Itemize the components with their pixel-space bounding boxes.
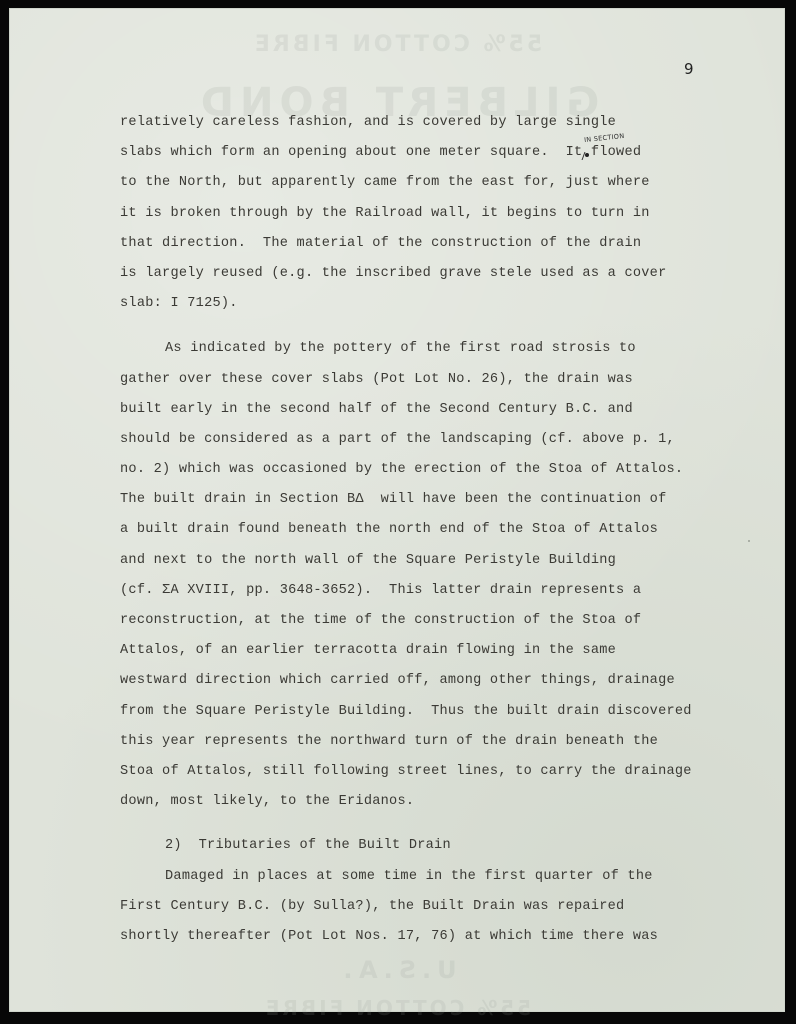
paragraph-1: relatively careless fashion, and is cove…	[120, 108, 760, 319]
paragraph-3: Damaged in places at some time in the fi…	[120, 862, 760, 953]
body-text: relatively careless fashion, and is cove…	[120, 108, 760, 952]
text-line: slabs which form an opening about one me…	[120, 138, 760, 168]
text-line: to the North, but apparently came from t…	[120, 168, 760, 198]
paragraph-2: As indicated by the pottery of the first…	[120, 334, 760, 817]
section-heading: 2) Tributaries of the Built Drain	[120, 831, 760, 861]
watermark-fibre-bottom: 55% COTTON FIBRE	[9, 996, 785, 1020]
text-line: Damaged in places at some time in the fi…	[120, 862, 760, 892]
text-line: no. 2) which was occasioned by the erect…	[120, 455, 760, 485]
text-line: that direction. The material of the cons…	[120, 229, 760, 259]
text-line: this year represents the northward turn …	[120, 727, 760, 757]
text-line: First Century B.C. (by Sulla?), the Buil…	[120, 892, 760, 922]
text-line: and next to the north wall of the Square…	[120, 546, 760, 576]
text-line: Stoa of Attalos, still following street …	[120, 757, 760, 787]
text-line: Attalos, of an earlier terracotta drain …	[120, 636, 760, 666]
text-line: is largely reused (e.g. the inscribed gr…	[120, 259, 760, 289]
text-line: reconstruction, at the time of the const…	[120, 606, 760, 636]
text-line: should be considered as a part of the la…	[120, 425, 760, 455]
watermark-country: U.S.A.	[9, 956, 785, 984]
text-line: westward direction which carried off, am…	[120, 666, 760, 696]
text-line: (cf. ΣA XVIII, pp. 3648-3652). This latt…	[120, 576, 760, 606]
watermark-fibre: 55% COTTON FIBRE	[9, 32, 785, 57]
page-number: 9	[684, 60, 694, 78]
text-line: from the Square Peristyle Building. Thus…	[120, 697, 760, 727]
text-line: gather over these cover slabs (Pot Lot N…	[120, 365, 760, 395]
text-line: slab: I 7125).	[120, 289, 760, 319]
text-line: down, most likely, to the Eridanos.	[120, 787, 760, 817]
text-line: it is broken through by the Railroad wal…	[120, 199, 760, 229]
text-line: As indicated by the pottery of the first…	[120, 334, 760, 364]
text-line: built early in the second half of the Se…	[120, 395, 760, 425]
text-line: The built drain in Section BΔ will have …	[120, 485, 760, 515]
text-line: shortly thereafter (Pot Lot Nos. 17, 76)…	[120, 922, 760, 952]
text-line: a built drain found beneath the north en…	[120, 515, 760, 545]
text-line: relatively careless fashion, and is cove…	[120, 108, 760, 138]
